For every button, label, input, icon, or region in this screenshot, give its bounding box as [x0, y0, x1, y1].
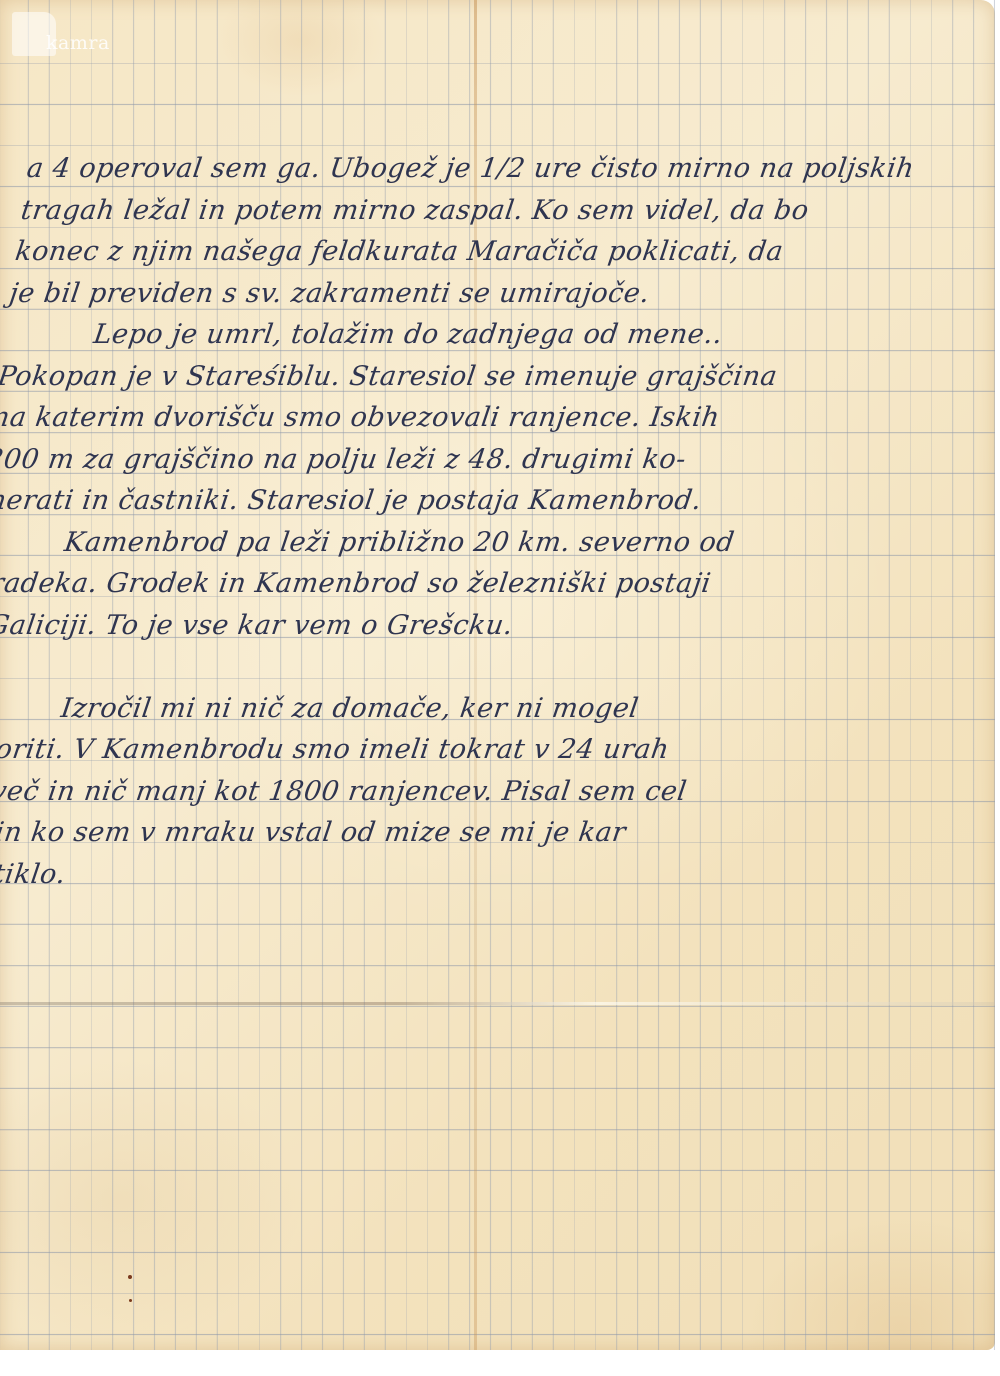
text-line: tragah ležal in potem mirno zaspal. Ko s… — [18, 190, 984, 232]
text-line: Gradeka. Grodek in Kamenbrod so železniš… — [0, 563, 932, 605]
paragraph-2: Lepo je umrl, tolažim do zadnjega od men… — [0, 314, 967, 522]
paragraph-3: Kamenbrod pa leži približno 20 km. sever… — [0, 522, 938, 647]
kamra-watermark: kamra — [12, 12, 112, 58]
text-line: dan in ko sem v mraku vstal od mize se m… — [0, 812, 897, 854]
text-line: nič več in nič manj kot 1800 ranjencev. … — [0, 771, 903, 813]
text-line: govoriti. V Kamenbrodu smo imeli tokrat … — [0, 729, 908, 771]
text-line: zapotiklo. — [0, 854, 891, 896]
text-line: merati in častniki. Staresiol je postaja… — [0, 480, 943, 522]
watermark-text: kamra — [46, 32, 110, 54]
text-line: v Galiciji. To je vse kar vem o Grešcku. — [0, 605, 926, 647]
text-line: na katerim dvorišču smo obvezovali ranje… — [0, 397, 955, 439]
text-line: a 4 operoval sem ga. Ubogež je 1/2 ure č… — [24, 148, 990, 190]
text-line: konec z njim našega feldkurata Maračiča … — [13, 231, 979, 273]
text-line: Izročil mi ni nič za domače, ker ni moge… — [0, 688, 914, 730]
stain-speck — [129, 1299, 132, 1302]
text-line: je bil previden s sv. zakramenti se umir… — [7, 273, 973, 315]
paragraph-gap — [0, 646, 920, 688]
paragraph-4: Izročil mi ni nič za domače, ker ni moge… — [0, 688, 914, 896]
letter-body: a 4 operoval sem ga. Ubogež je 1/2 ure č… — [0, 148, 990, 895]
horizontal-fold-crease — [0, 1002, 995, 1005]
text-line: Lepo je umrl, tolažim do zadnjega od men… — [1, 314, 967, 356]
text-line: Pokopan je v Stareśiblu. Staresiol se im… — [0, 356, 961, 398]
stain-speck — [128, 1275, 132, 1279]
paragraph-1: a 4 operoval sem ga. Ubogež je 1/2 ure č… — [7, 148, 990, 314]
letter-page: kamra a 4 operoval sem ga. Ubogež je 1/2… — [0, 0, 995, 1350]
text-line: 200 m za grajščino na polju leži z 48. d… — [0, 439, 949, 481]
text-line: Kamenbrod pa leži približno 20 km. sever… — [0, 522, 938, 564]
